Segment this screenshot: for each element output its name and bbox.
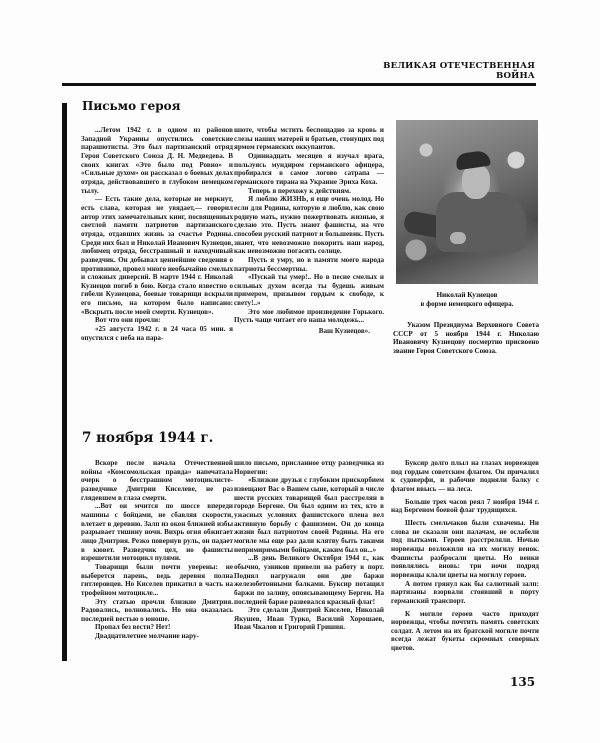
paragraph: Вот что они прочли: [81, 316, 233, 325]
paragraph: Эту статью прочли близкие Дмитрия. Радов… [81, 598, 233, 624]
paragraph: Пропал без вести? Нет! [81, 623, 233, 632]
article2-column-2: шило письмо, присланное отцу разведчика … [234, 459, 384, 632]
caption-line: Николай Кузнецов [396, 291, 538, 300]
paragraph: Это мое любимое произведение Горького. П… [234, 308, 384, 325]
paragraph: Буксир долго плыл на глазах норвежцев по… [391, 459, 539, 494]
portrait-photo [396, 120, 538, 284]
paragraph: «Близкие друзья с глубоким прискорбием и… [234, 476, 384, 554]
article2-column-1: Вскоре после начала Отечественной войны … [81, 459, 233, 641]
paragraph: Теперь я перехожу к действиям. [234, 187, 384, 196]
photo-detail [450, 232, 466, 244]
article-title-november-7: 7 ноября 1944 г. [82, 430, 213, 446]
paragraph: К могиле героев часто приходят норвежцы,… [391, 610, 539, 653]
paragraph: Одиннадцать месяцев я изучал врага, поль… [234, 152, 384, 187]
paragraph: А потом грянул как бы салютный залп: пар… [391, 580, 539, 606]
paragraph: Я люблю ЖИЗНЬ, я еще очень молод. Но есл… [234, 195, 384, 256]
page-number: 135 [510, 675, 535, 689]
paragraph: — Есть такие дела, которые не меркнут, е… [81, 195, 233, 316]
paragraph: Товарищи были почти уверены: не выберетс… [81, 563, 233, 598]
paragraph: Пусть я умру, но в памяти моего народа п… [234, 256, 384, 273]
paragraph: шило письмо, присланное отцу разведчика … [234, 459, 384, 476]
paragraph: Вскоре после начала Отечественной войны … [81, 459, 233, 502]
paragraph: «Пускай ты умер!.. Но в песне смелых и с… [234, 273, 384, 308]
paragraph: Двадцатилетнее молчание нару- [81, 632, 233, 641]
photo-caption: Николай Кузнецов в форме немецкого офице… [396, 291, 538, 308]
article1-column-2: шюте, чтобы мстить беспощадно за кровь и… [234, 126, 384, 336]
paragraph: «25 августа 1942 г. в 24 часа 05 мин. я … [81, 325, 233, 342]
left-margin-bar [62, 103, 67, 661]
paragraph: Указом Президиума Верховного Совета СССР… [393, 321, 539, 356]
article-title-letter-of-hero: Письмо героя [82, 99, 181, 113]
decree-note: Указом Президиума Верховного Совета СССР… [393, 321, 539, 356]
paragraph: ...В день Великого Октября 1944 г., как … [234, 554, 384, 606]
paragraph: Это сделали Дмитрий Киселев, Николай Яку… [234, 606, 384, 632]
signature: Ваш Кузнецов». [234, 327, 384, 336]
photo-detail [462, 165, 490, 199]
paragraph: шюте, чтобы мстить беспощадно за кровь и… [234, 126, 384, 152]
paragraph: ...Летом 1942 г. в одном из районов Запа… [81, 126, 233, 195]
caption-line: в форме немецкого офицера. [396, 300, 538, 309]
header-rule [62, 83, 536, 86]
paragraph: Шесть смельчаков были схвачены. Ни слова… [391, 519, 539, 580]
paragraph: ...Вот он мчится по шоссе впереди машины… [81, 502, 233, 563]
article2-column-3: Буксир долго плыл на глазах норвежцев по… [391, 459, 539, 653]
section-header: ВЕЛИКАЯ ОТЕЧЕСТВЕННАЯ ВОЙНА [368, 61, 535, 81]
photo-detail [436, 192, 526, 252]
paragraph: Больше трех часов реял 7 ноября 1944 г. … [391, 498, 539, 515]
article1-column-1: ...Летом 1942 г. в одном из районов Запа… [81, 126, 233, 342]
